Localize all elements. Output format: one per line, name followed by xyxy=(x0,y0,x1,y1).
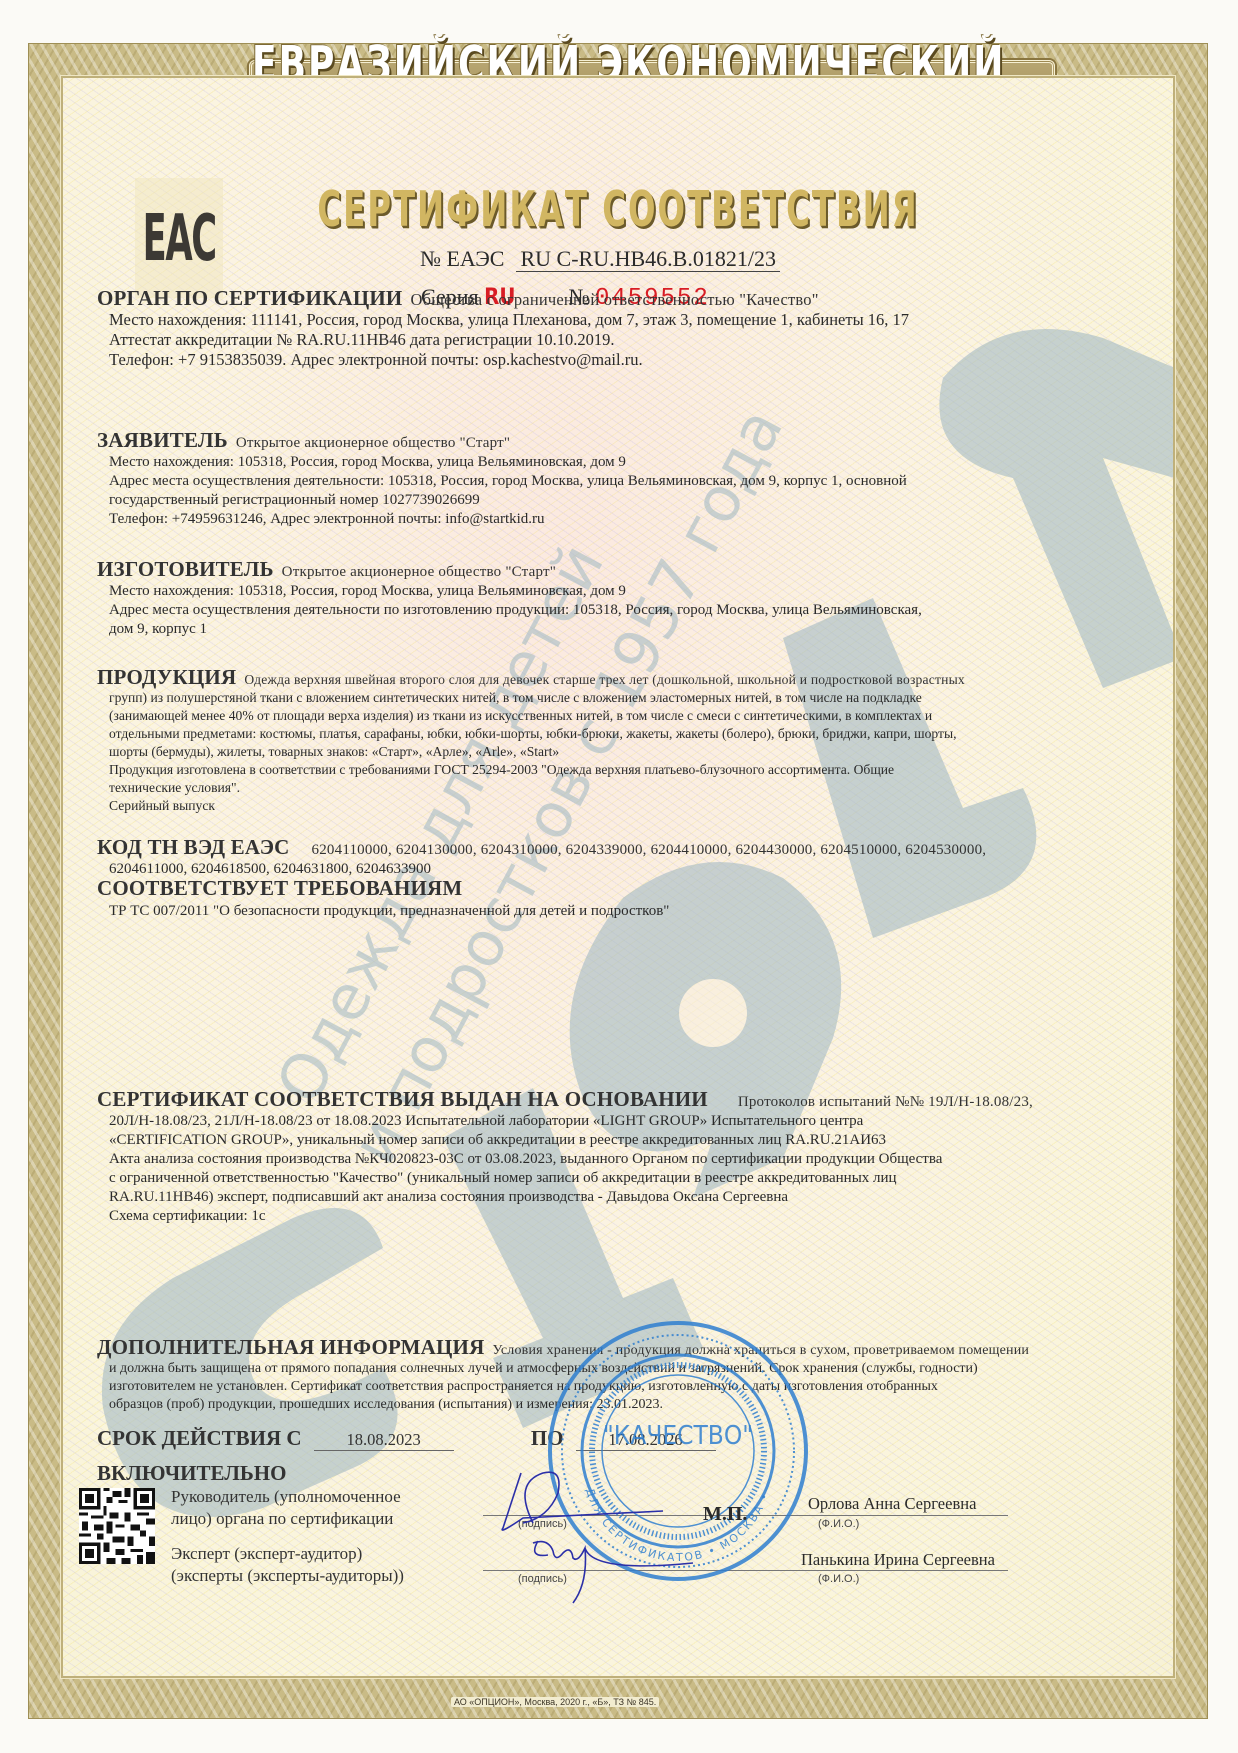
handwritten-signatures xyxy=(493,1463,753,1613)
head-label: Руководитель (уполномоченное лицо) орган… xyxy=(171,1486,401,1530)
section-issue-basis: СЕРТИФИКАТ СООТВЕТСТВИЯ ВЫДАН НА ОСНОВАН… xyxy=(97,1090,1157,1226)
certificate-frame: ЕВРАЗИЙСКИЙ ЭКОНОМИЧЕСКИЙ СОЮЗ АО «ОПЦИО… xyxy=(28,43,1208,1719)
section-product: ПРОДУКЦИЯОдежда верхняя швейная второго … xyxy=(97,668,1157,815)
eac-logo: ЕАС xyxy=(135,178,223,298)
expert-name: Панькина Ирина Сергеевна xyxy=(801,1550,995,1570)
printer-mark: АО «ОПЦИОН», Москва, 2020 г., «Б», ТЗ № … xyxy=(451,1697,659,1707)
certificate-title: СЕРТИФИКАТ СООТВЕТСТВИЯ xyxy=(63,183,1173,238)
section-manufacturer: ИЗГОТОВИТЕЛЬОткрытое акционерное обществ… xyxy=(97,560,1157,639)
qr-code xyxy=(79,1488,155,1564)
certificate-number: № ЕАЭСRU С-RU.НВ46.В.01821/23 xyxy=(420,246,780,272)
svg-text:"КАЧЕСТВО": "КАЧЕСТВО" xyxy=(603,1421,753,1451)
certificate-body: Одежда для детей и подростков с 1957 год… xyxy=(61,76,1175,1678)
conforms-heading: СООТВЕТСТВУЕТ ТРЕБОВАНИЯМ xyxy=(97,879,1157,898)
head-name: Орлова Анна Сергеевна xyxy=(808,1494,976,1514)
section-applicant: ЗАЯВИТЕЛЬОткрытое акционерное общество "… xyxy=(97,431,1157,529)
valid-from-date: 18.08.2023 xyxy=(314,1430,454,1451)
expert-label: Эксперт (эксперт-аудитор) (эксперты (экс… xyxy=(171,1543,404,1587)
section-tnved-codes: КОД ТН ВЭД ЕАЭС6204110000, 6204130000, 6… xyxy=(97,838,1157,921)
section-certification-body: ОРГАН ПО СЕРТИФИКАЦИИОбщества с ограниче… xyxy=(97,288,1157,370)
